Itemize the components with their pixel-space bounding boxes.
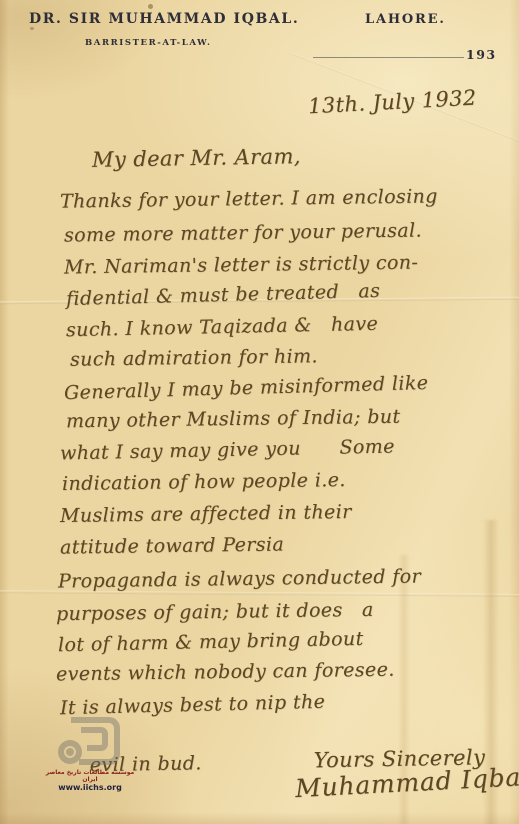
body-line: indication of how people i.e. [62,469,346,495]
body-line: Muslims are affected in their [60,501,352,527]
body-line: events which nobody can foresee. [56,659,395,686]
iichs-logo-icon [57,714,123,768]
body-line: such admiration for him. [70,345,318,370]
salutation: My dear Mr. Aram, [92,144,301,172]
letterhead-city: LAHORE. [365,12,446,27]
body-line: Generally I may be misinformed like [64,372,429,404]
body-line: Propaganda is always conducted for [58,565,421,592]
body-line: attitude toward Persia [60,533,284,558]
body-line: purposes of gain; but it does a [56,599,374,625]
body-line: lot of harm & may bring about [58,628,364,656]
letterhead-subtitle: BARRISTER-AT-LAW. [85,38,212,48]
body-line: Mr. Nariman's letter is strictly con- [64,252,419,279]
letter-page: DR. SIR MUHAMMAD IQBAL. LAHORE. BARRISTE… [0,0,519,824]
body-line: fidential & must be treated as [66,280,381,310]
letterhead-name: DR. SIR MUHAMMAD IQBAL. [29,11,299,27]
body-line: what I say may give you Some [60,435,395,464]
body-line: some more matter for your perusal. [64,220,422,247]
body-line: such. I know Taqizada & have [66,313,379,342]
watermark-persian-text: موسسه مطالعات تاریخ معاصر ایران [44,769,136,783]
watermark: موسسه مطالعات تاریخ معاصر ایران www.iich… [44,714,136,792]
paper-speck [148,4,153,9]
year-prefix: 193 [466,47,497,62]
date-blank-rule [313,43,464,58]
body-line: Thanks for your letter. I am enclosing [60,185,438,212]
body-line: many other Muslims of India; but [66,406,401,433]
handwritten-date: 13th. July 1932 [307,86,477,119]
paper-speck [30,27,34,30]
watermark-url: www.iichs.org [44,783,136,792]
